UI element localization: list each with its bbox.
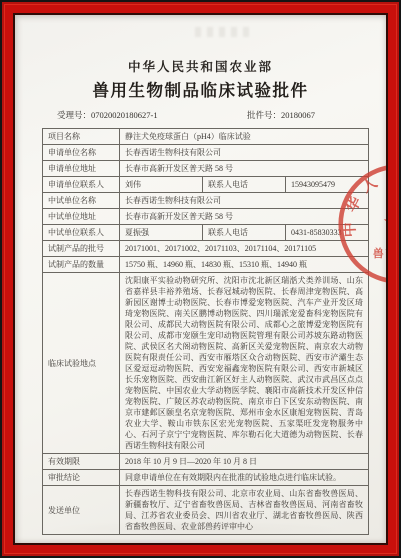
row-label: 试制产品的批号	[43, 241, 120, 257]
row-value: 长春西诺生物科技有限公司	[120, 193, 369, 209]
document-paper: 中华人民共和国农业部 兽用生物制品临床试验批件 受理号：070200201806…	[13, 13, 388, 545]
table-row: 有效期限 2018 年 10 月 9 日—2020 年 10 月 8 日	[43, 454, 369, 470]
row-value: 长春西诺生物科技有限公司	[120, 145, 369, 161]
number-line: 受理号：07020020180627-1 批件号：20180067	[15, 109, 386, 124]
row-label: 中试单位地址	[43, 209, 120, 225]
row-label: 试制产品的数量	[43, 257, 120, 273]
table-row: 中试单位联系人 夏振强 联系人电话 0431-85830333	[43, 225, 369, 241]
approval-value: 20180067	[281, 110, 315, 120]
contact-name: 刘伟	[120, 177, 203, 193]
approval-number: 批件号：20180067	[247, 109, 315, 121]
seal-star-icon	[384, 209, 388, 236]
phone-label: 联系人电话	[203, 225, 286, 241]
acceptance-label: 受理号：	[57, 110, 91, 120]
acceptance-number: 受理号：07020020180627-1	[57, 109, 158, 121]
phone-value: 0431-85830333	[286, 225, 369, 241]
row-label: 审批结论	[43, 470, 120, 486]
row-value: 长春市高新开发区普天路 58 号	[120, 209, 369, 225]
row-label: 临床试验地点	[43, 273, 120, 454]
table-row: 申请单位联系人 刘伟 联系人电话 15943095479	[43, 177, 369, 193]
phone-label: 联系人电话	[203, 177, 286, 193]
table-row: 中试单位地址 长春市高新开发区普天路 58 号	[43, 209, 369, 225]
table-row: 申请单位地址 长春市高新开发区普天路 58 号	[43, 161, 369, 177]
row-value: 长春市高新开发区普天路 58 号	[120, 161, 369, 177]
table-row-trial-sites: 临床试验地点 沈阳康平实验动物研究所、沈阳市沈北新区瑞湉犬类养训场、山东省嘉祥县…	[43, 273, 369, 454]
table-row: 审批结论 同意申请单位在有效期限内在批准的试验地点进行临床试验。	[43, 470, 369, 486]
scan-artifact	[195, 27, 255, 37]
phone-value: 15943095479	[286, 177, 369, 193]
seal-bottom-text: 兽药评审	[373, 246, 388, 260]
scanned-approval-document: 中华人民共和国农业部 兽用生物制品临床试验批件 受理号：070200201806…	[0, 0, 401, 558]
row-label: 申请单位地址	[43, 161, 120, 177]
row-value: 2018 年 10 月 9 日—2020 年 10 月 8 日	[120, 454, 369, 470]
row-label: 申请单位联系人	[43, 177, 120, 193]
row-label: 项目名称	[43, 129, 120, 145]
row-value: 15750 瓶、14960 瓶、14830 瓶、15310 瓶、14940 瓶	[120, 257, 369, 273]
ministry-name: 中华人民共和国农业部	[15, 57, 386, 75]
approval-label: 批件号：	[247, 110, 281, 120]
row-value: 同意申请单位在有效期限内在批准的试验地点进行临床试验。	[120, 470, 369, 486]
contact-name: 夏振强	[120, 225, 203, 241]
table-row: 项目名称 静注犬免疫球蛋白（pH4）临床试验	[43, 129, 369, 145]
document-title: 兽用生物制品临床试验批件	[15, 77, 386, 101]
table-row: 试制产品的批号 20171001、20171002、20171103、20171…	[43, 241, 369, 257]
scan-shadow	[45, 520, 345, 540]
red-photo-frame: 中华人民共和国农业部 兽用生物制品临床试验批件 受理号：070200201806…	[4, 4, 397, 554]
row-label: 有效期限	[43, 454, 120, 470]
acceptance-value: 07020020180627-1	[91, 110, 158, 120]
row-value: 静注犬免疫球蛋白（pH4）临床试验	[120, 129, 369, 145]
table-row: 申请单位名称 长春西诺生物科技有限公司	[43, 145, 369, 161]
row-label: 中试单位名称	[43, 193, 120, 209]
row-label: 申请单位名称	[43, 145, 120, 161]
row-value: 20171001、20171002、20171103、20171104、2017…	[120, 241, 369, 257]
table-row: 中试单位名称 长春西诺生物科技有限公司	[43, 193, 369, 209]
trial-sites-text: 沈阳康平实验动物研究所、沈阳市沈北新区瑞湉犬类养训场、山东省嘉祥县丰裕养殖场、长…	[120, 273, 369, 454]
table-row: 试制产品的数量 15750 瓶、14960 瓶、14830 瓶、15310 瓶、…	[43, 257, 369, 273]
approval-table: 项目名称 静注犬免疫球蛋白（pH4）临床试验 申请单位名称 长春西诺生物科技有限…	[42, 128, 369, 535]
row-label: 中试单位联系人	[43, 225, 120, 241]
